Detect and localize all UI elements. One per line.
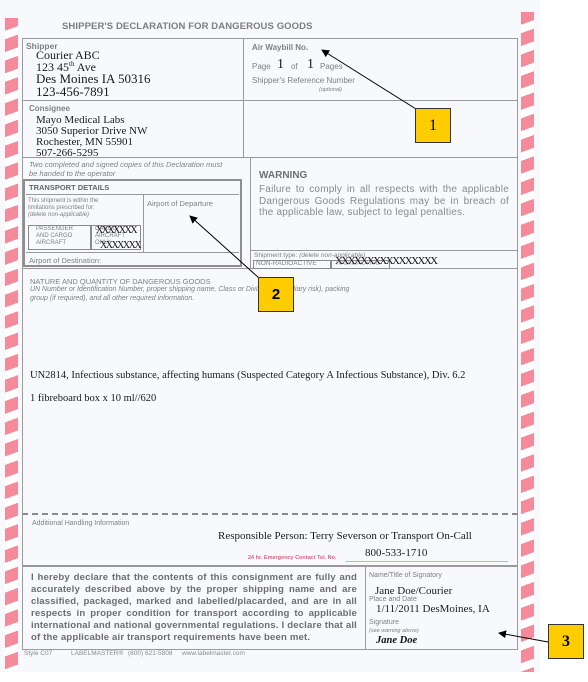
optional-label: (optional) (319, 87, 342, 93)
callout-badge-2: 2 (258, 277, 294, 312)
callout-badge-1: 1 (415, 108, 451, 143)
responsible-person[interactable]: Responsible Person: Terry Severson or Tr… (218, 530, 472, 542)
radioactive-strikeout: XXXXXXXXXXXXXXXX (335, 255, 437, 267)
page-number[interactable]: 1 (277, 57, 284, 73)
pages-label: Pages (320, 62, 343, 71)
divider (22, 565, 518, 567)
divider (243, 38, 244, 157)
emergency-contact-label: 24 hr. Emergency Contact Tel. No. (248, 555, 337, 561)
signature-label: Signature (369, 619, 399, 626)
signatory-name-label: Name/Title of Signatory (369, 572, 442, 579)
footer-phone: (800) 621-5808 (128, 650, 172, 657)
of-label: of (291, 62, 298, 71)
transport-details-box (23, 179, 242, 267)
emergency-contact-line (346, 561, 508, 562)
page-label: Page (252, 62, 271, 71)
passenger-option-text: PASSENGERAND CARGOAIRCRAFT (36, 226, 73, 247)
cargo-strikeout-1: XXXXXXX (96, 225, 136, 236)
consignee-phone[interactable]: 507-266-5295 (36, 147, 98, 159)
divider (22, 100, 518, 101)
air-waybill-label: Air Waybill No. (252, 43, 308, 52)
airport-destination-label: Airport of Destination: (29, 256, 101, 265)
limits-line3: (delete non-applicable) (28, 212, 89, 218)
shipper-reference-label: Shipper's Reference Number (252, 76, 355, 85)
packaging-entry[interactable]: 1 fibreboard box x 10 ml//620 (30, 393, 156, 404)
place-date-value[interactable]: 1/11/2011 DesMoines, IA (376, 603, 490, 615)
declaration-text: I hereby declare that the contents of th… (31, 572, 357, 644)
left-airmail-stripe (5, 18, 18, 670)
divider (365, 566, 366, 650)
divider (250, 250, 518, 251)
divider (143, 194, 144, 252)
emergency-contact-phone[interactable]: 800-533-1710 (365, 547, 427, 559)
shipment-type-label-text: Shipment type: (254, 252, 297, 259)
declaration-page: SHIPPER'S DECLARATION FOR DANGEROUS GOOD… (0, 0, 540, 672)
dashed-divider (22, 513, 518, 515)
divider (250, 157, 251, 268)
footer-style: Style C07 (24, 650, 52, 657)
transport-details-heading: TRANSPORT DETAILS (29, 183, 109, 192)
footer-website[interactable]: www.labelmaster.com (182, 650, 245, 657)
dangerous-goods-entry[interactable]: UN2814, Infectious substance, affecting … (30, 370, 465, 381)
limits-line1: This shipment is within the (28, 198, 98, 204)
footer-brand: LABELMASTER® (71, 650, 123, 657)
non-radioactive-text: NON-RADIOACTIVE (256, 260, 317, 267)
page-total[interactable]: 1 (307, 57, 314, 73)
nature-instructions-line1: UN Number or Identification Number, prop… (30, 286, 349, 293)
cargo-strikeout-2: XXXXXXX (100, 240, 140, 251)
consignee-label: Consignee (29, 104, 70, 113)
warning-heading: WARNING (259, 170, 307, 181)
copies-note-line1: Two completed and signed copies of this … (29, 160, 222, 169)
limits-line2: limitations prescribed for: (28, 205, 95, 211)
divider (26, 252, 239, 253)
additional-handling-label: Additional Handling Information (32, 520, 129, 527)
airport-departure-label: Airport of Departure (147, 199, 213, 208)
passenger-line1: PASSENGER (36, 226, 73, 233)
divider (26, 194, 239, 195)
signature-value[interactable]: Jane Doe (376, 635, 417, 646)
shipper-phone[interactable]: 123-456-7891 (36, 84, 110, 100)
warning-text: Failure to comply in all respects with t… (259, 184, 509, 219)
place-date-label: Place and Date (369, 596, 417, 603)
nature-quantity-heading: NATURE AND QUANTITY OF DANGEROUS GOODS (30, 277, 211, 286)
form-title: SHIPPER'S DECLARATION FOR DANGEROUS GOOD… (62, 21, 313, 32)
right-airmail-stripe (521, 12, 534, 672)
signature-note: (see warning above) (369, 628, 419, 634)
copies-note-line2: be handed to the operator (29, 169, 115, 178)
passenger-line3: AIRCRAFT (36, 240, 73, 247)
nature-instructions-line2: group (if required), and all other requi… (30, 295, 194, 302)
callout-badge-3: 3 (548, 624, 584, 659)
passenger-line2: AND CARGO (36, 233, 73, 240)
